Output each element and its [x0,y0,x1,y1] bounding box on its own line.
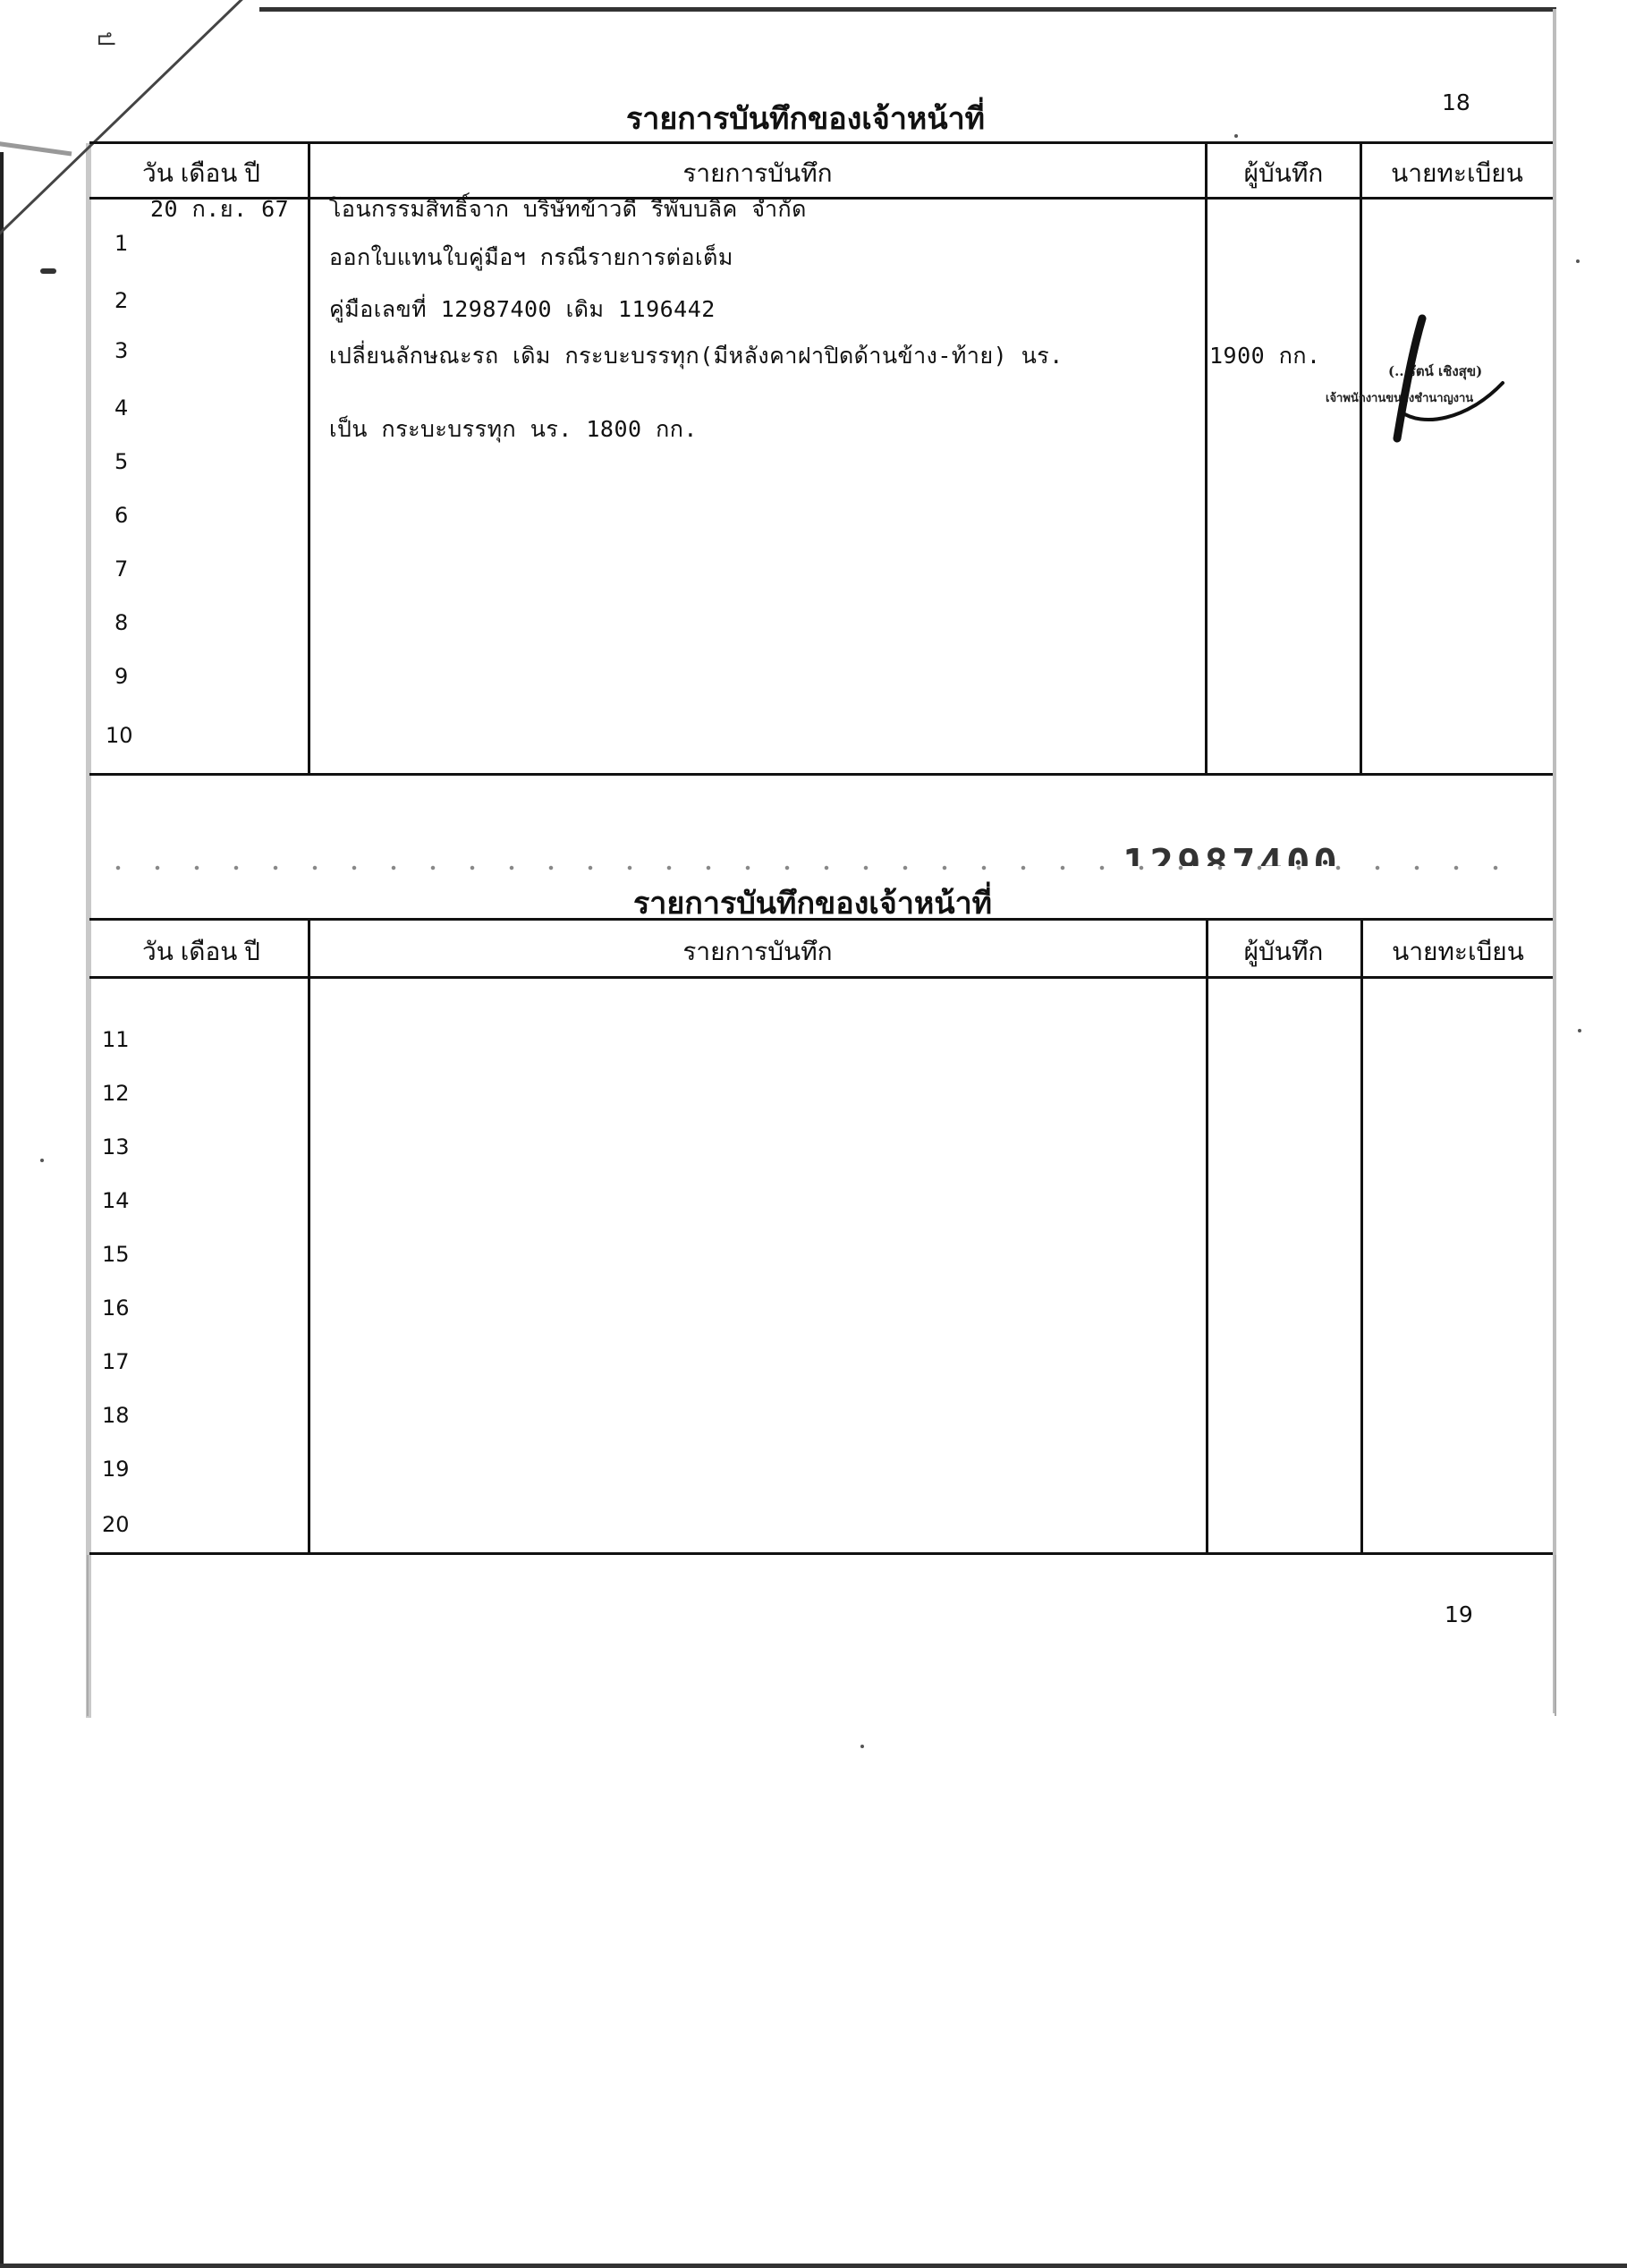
scan-bottom-right-edge [1555,1555,1556,1716]
row-number: 7 [114,556,128,582]
column-header-entry: รายการบันทึก [311,154,1204,193]
row-number: 15 [102,1242,130,1267]
entry-date: 20 ก.ย. 67 [150,191,289,227]
row-number: 11 [102,1027,130,1052]
scan-right-shadow [1553,9,1556,1713]
row-number: 10 [106,723,133,748]
entry-line: เป็น กระบะบรรทุก นร. 1800 กก. [329,412,698,447]
scan-top-edge [259,7,1556,12]
scan-speck [860,1745,864,1748]
section-title: รายการบันทึกของเจ้าหน้าที่ [626,94,985,142]
scan-bottom-left-edge [87,1555,89,1716]
scan-mark [40,268,56,274]
page-number: 19 [1445,1601,1473,1627]
recorder-weight: 1900 กก. [1209,338,1321,374]
col-divider-date [308,918,310,1555]
col-divider-entry [1206,918,1208,1555]
signature-scribble-icon [1369,313,1530,447]
scan-speck [1578,1029,1581,1032]
column-header-date: วัน เดือน ปี [98,932,304,972]
entry-line: คู่มือเลขที่ 12987400 เดิม 1196442 [329,292,716,327]
page-number: 18 [1442,89,1470,115]
col-divider-recorder [1360,141,1362,776]
scan-left-shadow [86,143,91,1718]
svg-text:ป: ป [92,31,119,47]
row-number: 17 [102,1349,130,1374]
row-number: 6 [114,503,128,528]
row-number: 5 [114,449,128,474]
row-number: 3 [114,338,128,363]
scan-speck [1234,134,1238,138]
stamped-number: 12987400 [1123,841,1341,887]
row-number: 18 [102,1403,130,1428]
row-number: 13 [102,1134,130,1159]
column-header-recorder: ผู้บันทึก [1208,932,1360,972]
column-header-registrar: นายทะเบียน [1362,154,1552,193]
row-number: 2 [114,288,128,313]
row-number: 9 [114,664,128,689]
col-divider-entry [1205,141,1208,776]
row-number: 12 [102,1081,130,1106]
column-header-recorder: ผู้บันทึก [1208,154,1360,193]
column-header-date: วัน เดือน ปี [98,154,304,193]
row-number: 14 [102,1188,130,1213]
row-number: 8 [114,610,128,635]
col-divider-date [308,141,310,776]
scan-speck [40,1159,44,1162]
row-number: 1 [114,231,128,256]
row-number: 19 [102,1457,130,1482]
entry-line: ออกใบแทนใบคู่มือฯ กรณีรายการต่อเต็ม [329,240,733,276]
row-number: 16 [102,1295,130,1321]
row-number: 20 [102,1512,130,1537]
scan-left-edge [0,152,4,2268]
col-divider-recorder [1360,918,1363,1555]
scan-speck [1576,259,1580,263]
column-header-registrar: นายทะเบียน [1363,932,1553,972]
scan-bottom-edge [0,2264,1627,2268]
entry-line: เปลี่ยนลักษณะรถ เดิม กระบะบรรทุก(มีหลังค… [329,338,1063,374]
row-number: 4 [114,395,128,420]
column-header-entry: รายการบันทึก [311,932,1204,972]
entry-line: โอนกรรมสิทธิ์จาก บริษัทข้าวดี รีพับบลิค … [329,191,807,227]
